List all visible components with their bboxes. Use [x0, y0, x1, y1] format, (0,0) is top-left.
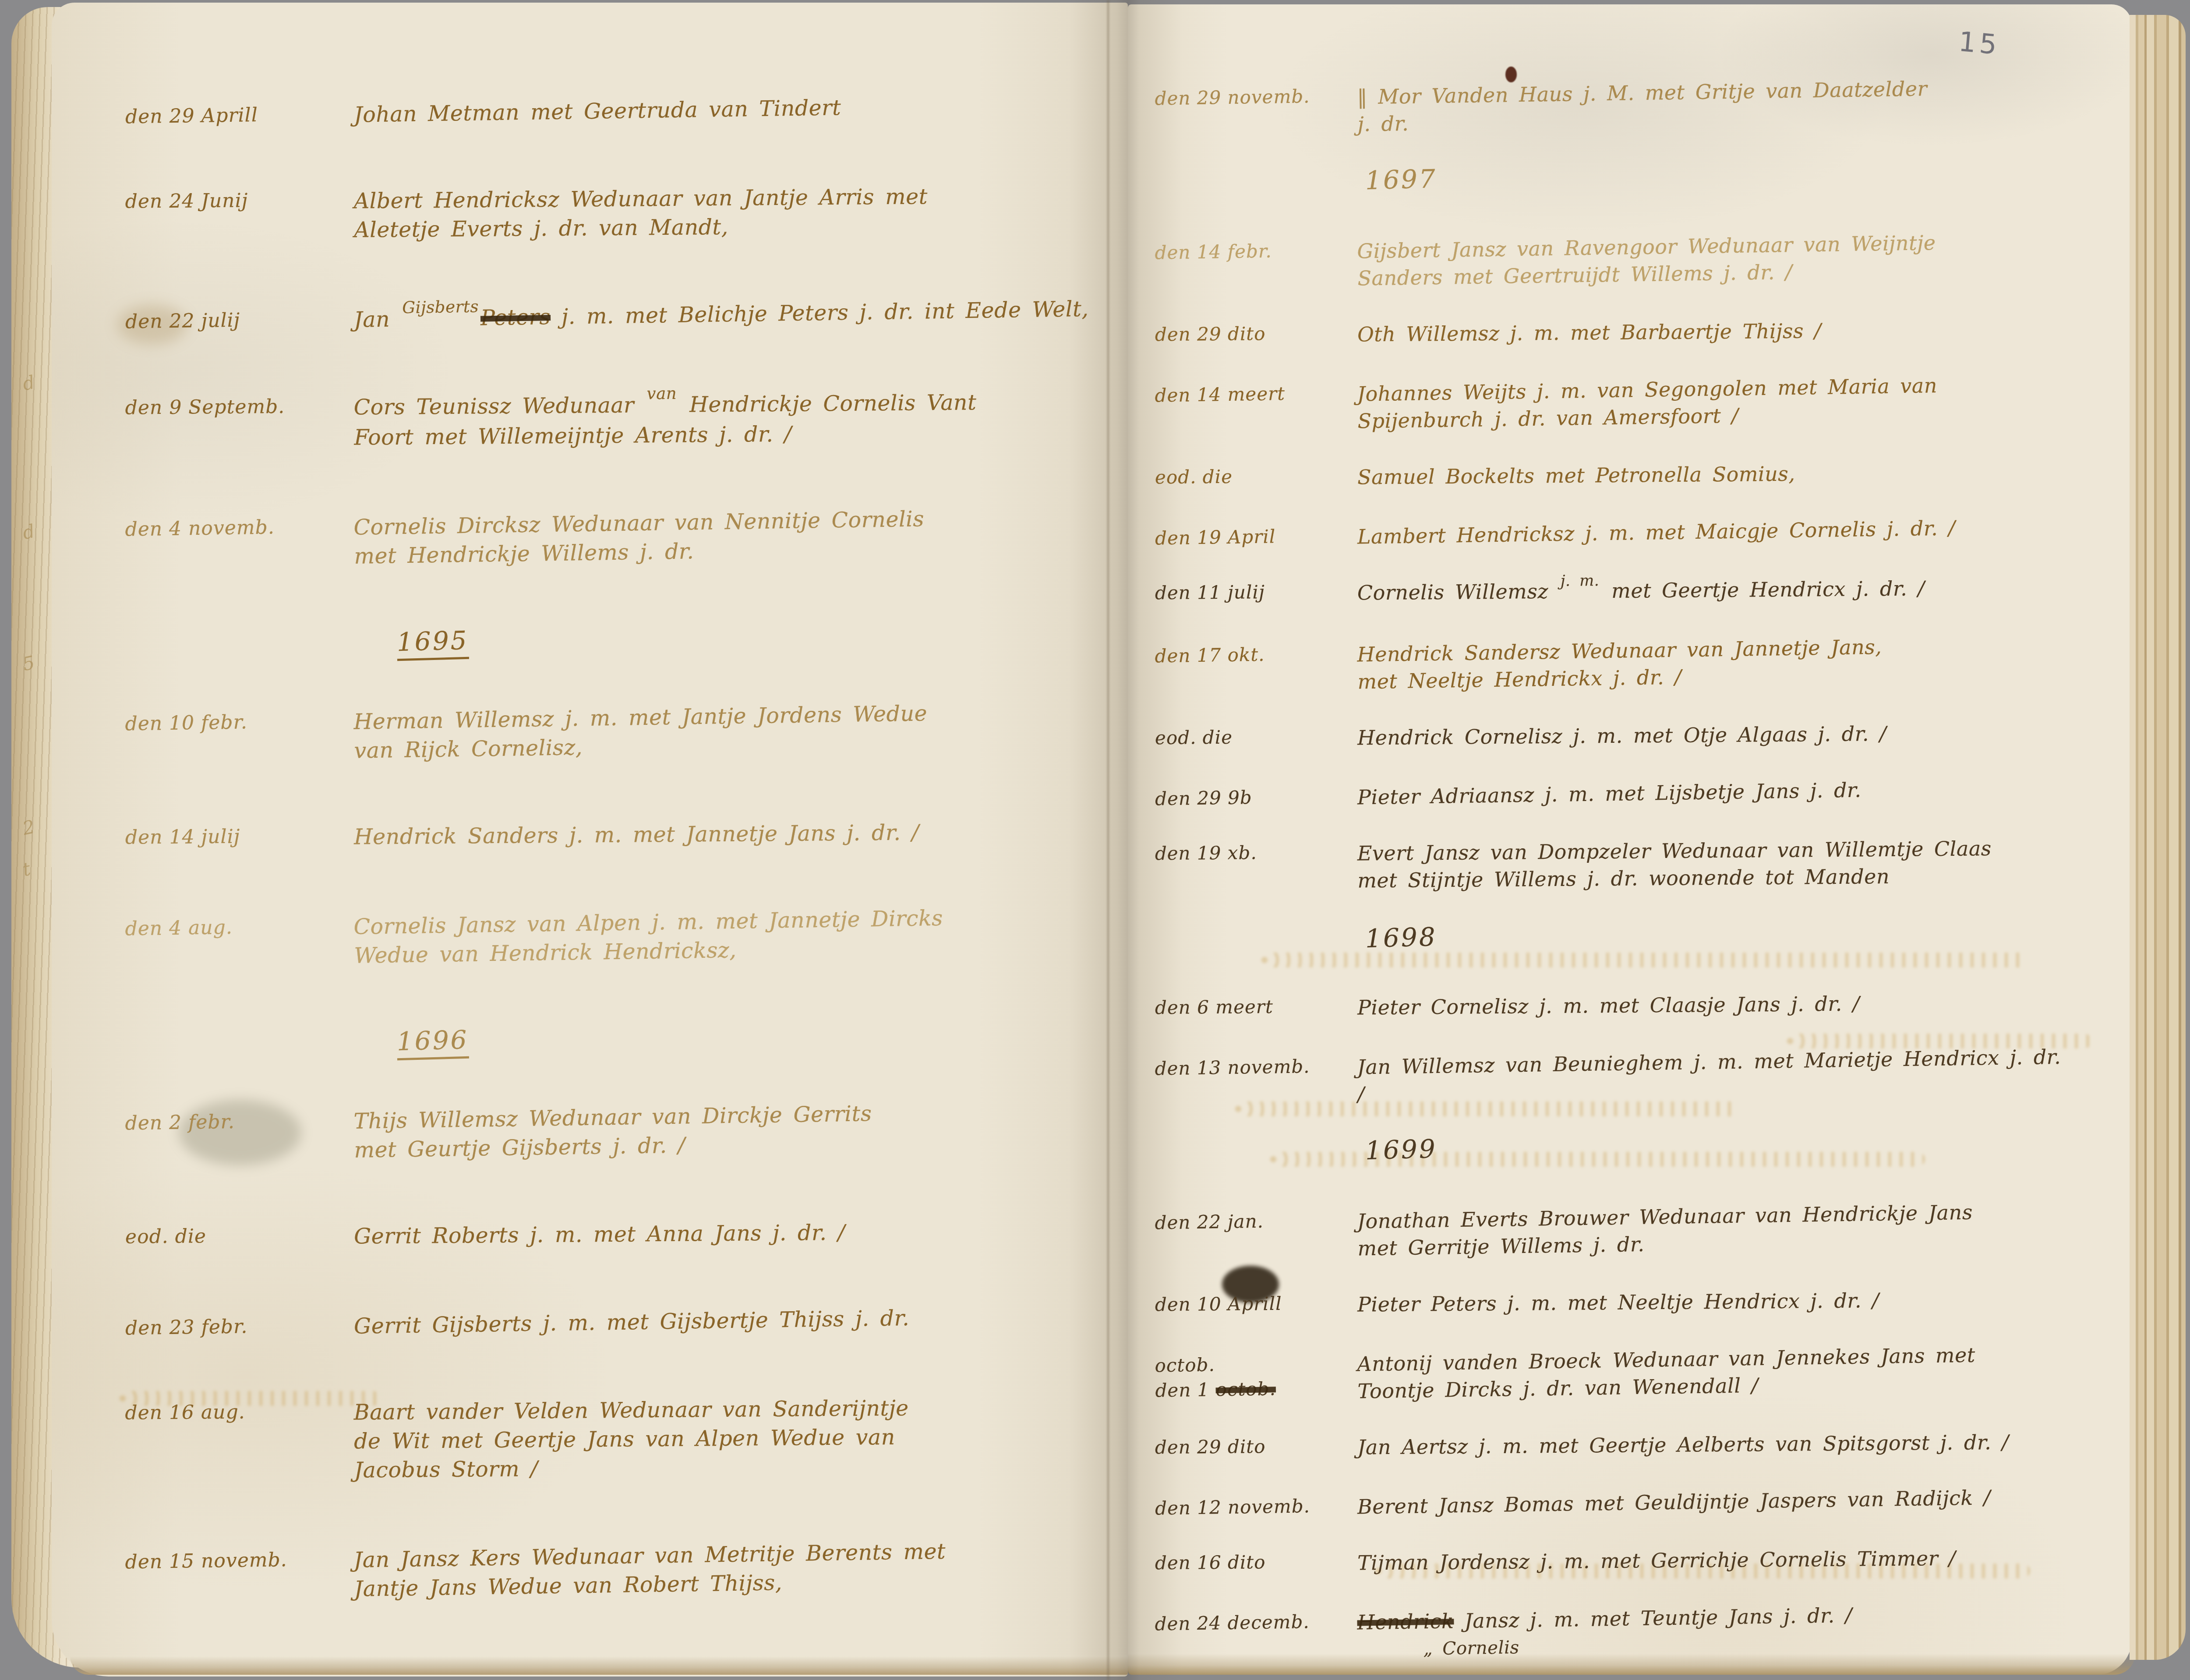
entry-text: Baart vander Velden Wedunaar van Sanderi… — [353, 1392, 1098, 1485]
text-line: den 22 jan. — [1155, 1208, 1339, 1235]
entry-date: eod. die — [1155, 464, 1339, 492]
text-line: den 9 Septemb. — [125, 393, 336, 421]
text-line: eod. die — [1155, 464, 1339, 490]
entry-date: den 10 Aprill — [1155, 1291, 1339, 1320]
text-line: den 15 novemb. — [125, 1546, 336, 1575]
register-entry: den 11 julijCornelis Willemsz j. m. met … — [1155, 574, 2066, 610]
year-heading: 1697 — [1365, 164, 1437, 195]
text-line: Cors Teunissz Wedunaar van Hendrickje Co… — [353, 387, 1097, 423]
register-entry: den 29 ditoJan Aertsz j. m. met Geertje … — [1155, 1428, 2066, 1462]
text-line: Hendrick Cornelisz j. m. met Otje Algaas… — [1357, 719, 2066, 752]
year-heading: 1696 — [396, 1025, 469, 1060]
entry-text: Thijs Willemsz Wedunaar van Dirckje Gerr… — [353, 1096, 1098, 1165]
entry-text: Hendrick Sanders j. m. met Jannetje Jans… — [354, 817, 1097, 851]
entry-text: Jonathan Everts Brouwer Wedunaar van Hen… — [1357, 1197, 2066, 1262]
text-line: eod. die — [125, 1222, 336, 1250]
register-entry: den 29 novemb.‖ Mor Vanden Haus j. M. me… — [1155, 73, 2066, 141]
entry-date: den 16 dito — [1155, 1549, 1339, 1578]
entry-text: Jan Aertsz j. m. met Geertje Aelberts va… — [1357, 1428, 2066, 1461]
text-line: den 17 okt. — [1155, 641, 1339, 669]
text-line: den 2 febr. — [125, 1107, 336, 1136]
entry-text: Hendrick Jansz j. m. met Teuntje Jans j.… — [1357, 1599, 2066, 1663]
entry-date: den 24 decemb. — [1155, 1609, 1339, 1666]
entry-text: Gerrit Roberts j. m. met Anna Jans j. dr… — [354, 1216, 1097, 1251]
page-edge — [70, 1656, 1128, 1675]
text-line: Jan Aertsz j. m. met Geertje Aelberts va… — [1357, 1428, 2066, 1461]
entry-date: den 22 jan. — [1155, 1208, 1339, 1265]
text-line: den 24 decemb. — [1155, 1609, 1339, 1637]
register-entry: den 6 meertPieter Cornelisz j. m. met Cl… — [1155, 988, 2066, 1023]
entry-date: den 10 febr. — [125, 708, 336, 769]
left-page: den 29 AprillJohan Metman met Geertruda … — [52, 3, 1128, 1676]
text-line: den 23 febr. — [125, 1312, 336, 1341]
entry-date: den 13 novemb. — [1155, 1054, 1339, 1111]
text-line: den 1 octob. — [1155, 1376, 1339, 1403]
right-page-entries: den 29 novemb.‖ Mor Vanden Haus j. M. me… — [1128, 4, 2132, 1659]
entry-text: Hendrick Cornelisz j. m. met Otje Algaas… — [1357, 719, 2066, 752]
entry-date: den 14 julij — [125, 823, 336, 854]
register-entry: den 29 ditoOth Willemsz j. m. met Barbae… — [1155, 315, 2066, 349]
entry-text: Evert Jansz van Dompzeler Wedunaar van W… — [1357, 834, 2066, 894]
text-line: Lambert Hendricksz j. m. met Maicgje Cor… — [1357, 513, 2066, 551]
year-heading: 1698 — [1365, 922, 1437, 953]
register-entry: den 19 AprilLambert Hendricksz j. m. met… — [1155, 513, 2066, 554]
text-line: Pieter Adriaansz j. m. met Lijsbetje Jan… — [1357, 773, 2066, 811]
text-line: den 4 novemb. — [125, 513, 336, 543]
register-entry: den 17 okt.Hendrick Sandersz Wedunaar va… — [1155, 631, 2066, 699]
entry-date: den 29 Aprill — [125, 101, 336, 133]
entry-date: den 19 xb. — [1155, 840, 1339, 896]
entry-date: octob.den 1 octob. — [1155, 1351, 1339, 1408]
register-entry: den 19 xb.Evert Jansz van Dompzeler Wedu… — [1155, 834, 2066, 896]
entry-text: Pieter Adriaansz j. m. met Lijsbetje Jan… — [1357, 773, 2066, 811]
text-line: Cornelis Willemsz j. m. met Geertje Hend… — [1357, 574, 2066, 609]
entry-date: den 19 April — [1155, 523, 1339, 553]
register-entry: den 14 meertJohannes Weijts j. m. van Se… — [1155, 370, 2066, 438]
entry-date: den 24 Junij — [125, 187, 336, 247]
register-entry: den 23 febr.Gerrit Gijsberts j. m. met G… — [125, 1301, 1098, 1345]
register-entry: den 10 AprillPieter Peters j. m. met Nee… — [1155, 1285, 2066, 1320]
text-line: den 29 dito — [1155, 1434, 1339, 1460]
entry-text: Tijman Jordensz j. m. met Gerrichje Corn… — [1357, 1544, 2066, 1577]
register-entry: den 24 decemb.Hendrick Jansz j. m. met T… — [1155, 1599, 2066, 1666]
text-line: den 14 julij — [125, 823, 336, 851]
register-entry: den 4 novemb.Cornelis Dircksz Wedunaar v… — [125, 502, 1098, 575]
text-line: den 11 julij — [1155, 579, 1339, 606]
text-line: Aletetje Everts j. dr. van Mandt, — [354, 210, 1097, 244]
entry-date: den 14 meert — [1155, 381, 1339, 438]
entry-text: Herman Willemsz j. m. met Jantje Jordens… — [353, 697, 1098, 766]
entry-text: Jan Willemsz van Beunieghem j. m. met Ma… — [1357, 1043, 2066, 1108]
entry-date: den 29 novemb. — [1155, 84, 1339, 141]
entry-date: den 22 julij — [125, 306, 336, 339]
text-line: Johan Metman met Geertruda van Tindert — [354, 90, 1098, 130]
right-page: 15 den 29 novemb.‖ Mor Vanden Haus j. M.… — [1128, 4, 2132, 1675]
entry-date: den 29 9b — [1155, 784, 1339, 814]
text-line: Jan Willemsz van Beunieghem j. m. met Ma… — [1357, 1043, 2066, 1108]
entry-text: Gijsbert Jansz van Ravengoor Wedunaar va… — [1357, 227, 2066, 292]
text-line: den 10 febr. — [125, 708, 336, 737]
text-line: den 22 julij — [125, 306, 336, 335]
text-line: den 6 meert — [1155, 994, 1339, 1020]
register-entry: den 2 febr.Thijs Willemsz Wedunaar van D… — [125, 1096, 1098, 1168]
text-line: Hendrick Sanders j. m. met Jannetje Jans… — [354, 817, 1097, 851]
register-entry: den 12 novemb.Berent Jansz Bomas met Geu… — [1155, 1483, 2066, 1524]
entry-text: Hendrick Sandersz Wedunaar van Jannetje … — [1357, 631, 2066, 695]
text-line: den 14 febr. — [1155, 238, 1339, 265]
text-line: den 29 dito — [1155, 321, 1339, 347]
page-number: 15 — [1957, 25, 2002, 61]
entry-text: Berent Jansz Bomas met Geuldijntje Jaspe… — [1357, 1483, 2066, 1521]
register-entry: den 22 julijJan GijsbertsPeters j. m. me… — [125, 295, 1098, 339]
entry-date: den 15 novemb. — [125, 1546, 336, 1607]
register-entry: den 24 JunijAlbert Hendricksz Wedunaar v… — [125, 181, 1098, 246]
year-heading: 1695 — [396, 625, 469, 661]
entry-date: den 4 aug. — [125, 913, 336, 974]
entry-date: den 9 Septemb. — [125, 393, 336, 454]
year-heading: 1699 — [1365, 1134, 1437, 1165]
text-line: den 19 April — [1155, 523, 1339, 551]
register-entry: den 9 Septemb.Cors Teunissz Wedunaar van… — [125, 387, 1098, 454]
text-line: octob. — [1155, 1351, 1339, 1378]
entry-date: den 14 febr. — [1155, 238, 1339, 295]
text-line: Jacobus Storm / — [354, 1450, 1097, 1485]
left-page-entries: den 29 AprillJohan Metman met Geertruda … — [52, 3, 1128, 1600]
entry-date: den 16 aug. — [125, 1398, 336, 1487]
entry-text: Cornelis Dircksz Wedunaar van Nennitje C… — [353, 502, 1098, 571]
entry-text: Antonij vanden Broeck Wedunaar van Jenne… — [1357, 1340, 2066, 1405]
entry-text: Pieter Cornelisz j. m. met Claasje Jans … — [1357, 988, 2066, 1021]
entry-text: Cornelis Jansz van Alpen j. m. met Janne… — [353, 902, 1098, 971]
entry-text: Cors Teunissz Wedunaar van Hendrickje Co… — [353, 387, 1097, 452]
register-entry: den 10 febr.Herman Willemsz j. m. met Ja… — [125, 697, 1098, 769]
entry-text: Oth Willemsz j. m. met Barbaertje Thijss… — [1357, 315, 2066, 348]
text-line: den 14 meert — [1155, 381, 1339, 408]
photo-backdrop: den 29 AprillJohan Metman met Geertruda … — [0, 0, 2190, 1680]
entry-text: Johan Metman met Geertruda van Tindert — [354, 90, 1098, 130]
register-entry: den 16 ditoTijman Jordensz j. m. met Ger… — [1155, 1544, 2066, 1578]
text-line: den 29 9b — [1155, 784, 1339, 812]
entry-date: eod. die — [1155, 724, 1339, 753]
entry-date: den 4 novemb. — [125, 513, 336, 574]
text-line: Pieter Cornelisz j. m. met Claasje Jans … — [1357, 988, 2066, 1021]
text-line: den 16 aug. — [125, 1398, 335, 1426]
text-line: eod. die — [1155, 724, 1339, 751]
entry-date: den 23 febr. — [125, 1312, 336, 1344]
register-entry: den 15 novemb.Jan Jansz Kers Wedunaar va… — [125, 1535, 1098, 1607]
entry-text: Lambert Hendricksz j. m. met Maicgje Cor… — [1357, 513, 2066, 551]
text-line: Jan GijsbertsPeters j. m. met Belichje P… — [354, 295, 1098, 336]
entry-text: Cornelis Willemsz j. m. met Geertje Hend… — [1357, 574, 2066, 609]
text-line: Berent Jansz Bomas met Geuldijntje Jaspe… — [1357, 1483, 2066, 1521]
text-line: Pieter Peters j. m. met Neeltje Hendricx… — [1357, 1285, 2066, 1318]
entry-text: Pieter Peters j. m. met Neeltje Hendricx… — [1357, 1285, 2066, 1318]
entry-date: den 17 okt. — [1155, 641, 1339, 698]
text-line: den 19 xb. — [1155, 840, 1339, 866]
register-entry: den 14 julijHendrick Sanders j. m. met J… — [125, 817, 1097, 853]
entry-date: den 11 julij — [1155, 579, 1339, 610]
entry-text: Samuel Bockelts met Petronella Somius, — [1357, 458, 2066, 491]
text-line: met Stijntje Willems j. dr. woonende tot… — [1357, 861, 2066, 894]
register-entry: den 16 aug.Baart vander Velden Wedunaar … — [125, 1392, 1097, 1486]
text-line: Tijman Jordensz j. m. met Gerrichje Corn… — [1357, 1544, 2066, 1577]
entry-date: den 29 dito — [1155, 321, 1339, 349]
entry-text: Johannes Weijts j. m. van Segongolen met… — [1357, 370, 2066, 435]
entry-date: den 12 novemb. — [1155, 1493, 1339, 1523]
text-line: Samuel Bockelts met Petronella Somius, — [1357, 458, 2066, 491]
register-entry: eod. dieSamuel Bockelts met Petronella S… — [1155, 458, 2066, 492]
entry-date: den 2 febr. — [125, 1107, 336, 1168]
text-line: Gerrit Gijsberts j. m. met Gijsbertje Th… — [354, 1301, 1098, 1341]
entry-text: Jan Jansz Kers Wedunaar van Metritje Ber… — [353, 1535, 1098, 1604]
text-line: den 29 novemb. — [1155, 84, 1339, 111]
register-entry: den 4 aug.Cornelis Jansz van Alpen j. m.… — [125, 902, 1098, 974]
register-entry: den 29 9bPieter Adriaansz j. m. met Lijs… — [1155, 773, 2066, 814]
page-stack-edge-right — [2130, 15, 2186, 1660]
entry-text: Gerrit Gijsberts j. m. met Gijsbertje Th… — [354, 1301, 1098, 1341]
register-entry: octob.den 1 octob.Antonij vanden Broeck … — [1155, 1340, 2066, 1408]
text-line: den 13 novemb. — [1155, 1054, 1339, 1081]
register-entry: den 29 AprillJohan Metman met Geertruda … — [125, 90, 1098, 133]
entry-date: den 29 dito — [1155, 1434, 1339, 1462]
register-entry: den 14 febr.Gijsbert Jansz van Ravengoor… — [1155, 227, 2066, 295]
entry-text: Jan GijsbertsPeters j. m. met Belichje P… — [354, 295, 1098, 336]
register-entry: eod. dieHendrick Cornelisz j. m. met Otj… — [1155, 719, 2066, 753]
text-line: den 12 novemb. — [1155, 1493, 1339, 1521]
entry-date: den 6 meert — [1155, 994, 1339, 1023]
register-entry: den 22 jan.Jonathan Everts Brouwer Wedun… — [1155, 1197, 2066, 1265]
register-entry: eod. dieGerrit Roberts j. m. met Anna Ja… — [125, 1216, 1097, 1253]
text-line: Evert Jansz van Dompzeler Wedunaar van W… — [1357, 834, 2066, 867]
text-line: den 4 aug. — [125, 913, 336, 942]
text-line: den 24 Junij — [125, 187, 336, 215]
text-line: den 29 Aprill — [125, 101, 336, 130]
entry-date: eod. die — [125, 1222, 336, 1253]
entry-text: Albert Hendricksz Wedunaar van Jantje Ar… — [353, 181, 1097, 244]
text-line: den 16 dito — [1155, 1549, 1339, 1576]
text-line: den 10 Aprill — [1155, 1291, 1339, 1317]
text-line: Gerrit Roberts j. m. met Anna Jans j. dr… — [354, 1216, 1097, 1251]
text-line: Foort met Willemeijntje Arents j. dr. / — [354, 417, 1097, 452]
text-line: Oth Willemsz j. m. met Barbaertje Thijss… — [1357, 315, 2066, 348]
register-entry: den 13 novemb.Jan Willemsz van Beunieghe… — [1155, 1043, 2066, 1111]
entry-text: ‖ Mor Vanden Haus j. M. met Gritje van D… — [1357, 73, 2066, 138]
